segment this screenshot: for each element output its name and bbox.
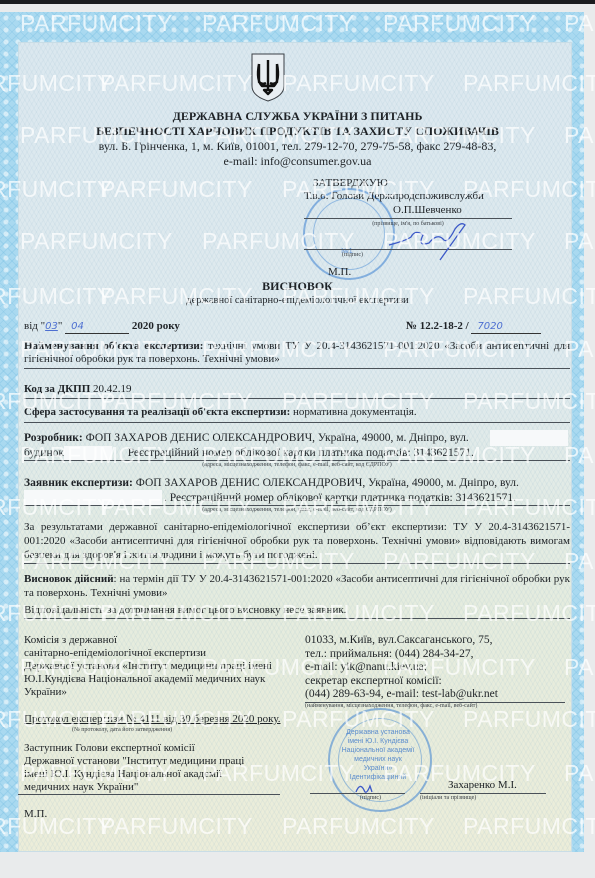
- date-year: 2020 року: [132, 320, 180, 332]
- signer-line: медичних наук України": [24, 781, 294, 794]
- approval-position: Т.в.о. Голови Держпродспоживслужби: [304, 190, 484, 203]
- scope-value: нормативна документація.: [293, 406, 417, 418]
- protocol-caption: (№ протоколу, дата його затвердження): [72, 727, 172, 734]
- contact-email: e-mail: yik@nanu.kiev.ua;: [305, 661, 570, 675]
- applicant-label: Заявник експертизи:: [24, 477, 133, 489]
- name-caption: (ініціали та прізвище): [420, 795, 476, 802]
- scope-label: Сфера застосування та реалізації об'єкта…: [24, 406, 290, 418]
- signature-icon: [352, 778, 392, 798]
- commission-line: Ю.І.Кундієва Національної академії медич…: [24, 673, 294, 686]
- agency-address: вул. Б. Грінченка, 1, м. Київ, 01001, те…: [0, 139, 595, 153]
- validity-field: Висновок дійсний: на термін дії ТУ У 20.…: [24, 572, 570, 600]
- object-field: Найменування об'єкта експертизи: технічн…: [24, 340, 570, 366]
- approval-title: ЗАТВЕРДЖУЮ: [313, 177, 388, 190]
- expertise-result: За результатами державної санітарно-епід…: [24, 520, 570, 562]
- stamp-line: Національної академії: [340, 746, 416, 755]
- scope-field: Сфера застосування та реалізації об'єкта…: [24, 406, 417, 419]
- date-prefix: від: [24, 320, 38, 332]
- object-label: Найменування об'єкта експертизи:: [24, 340, 203, 352]
- signer-title: Заступник Голови експертної комісії Держ…: [24, 742, 294, 794]
- validity-label: Висновок дійсний: [24, 573, 114, 585]
- stamp-line: імені Ю.І. Кундієва: [340, 737, 416, 746]
- document-title: ВИСНОВОК: [0, 279, 595, 293]
- code-field: Код за ДКПП 20.42.19: [24, 383, 132, 396]
- contact-address: 01033, м.Київ, вул.Саксаганського, 75,: [305, 634, 570, 648]
- contacts-caption: (найменування, місцезнаходження, телефон…: [305, 703, 477, 710]
- date-month: 04: [65, 320, 129, 334]
- commission-line: України»: [24, 686, 294, 699]
- number-prefix: № 12.2-18-2 /: [406, 320, 469, 332]
- redacted-area: [24, 490, 162, 505]
- approval-signature-caption: (підпис): [342, 252, 363, 259]
- developer-address: ФОП ЗАХАРОВ ДЕНИС ОЛЕКСАНДРОВИЧ, Україна…: [86, 432, 469, 444]
- redacted-area: [490, 430, 568, 446]
- institute-stamp-text: Державна установа імені Ю.І. Кундієва На…: [340, 728, 416, 782]
- agency-name-line2: БЕЗПЕЧНОСТІ ХАРЧОВИХ ПРОДУКТІВ ТА ЗАХИСТ…: [0, 124, 595, 138]
- commission-contacts: 01033, м.Київ, вул.Саксаганського, 75, т…: [305, 634, 570, 702]
- commission-name: Комісія з державної санітарно-епідеміоло…: [24, 634, 294, 699]
- commission-line: Державної установи «Інститут медицини пр…: [24, 660, 294, 673]
- code-value: 20.42.19: [93, 383, 132, 395]
- code-label: Код за ДКПП: [24, 383, 90, 395]
- commission-line: санітарно-епідеміологічної експертизи: [24, 647, 294, 660]
- signer-name: Захаренко М.І.: [448, 779, 517, 792]
- developer-building: будинок: [24, 447, 64, 459]
- date-line: від "03" 04 2020 року: [24, 320, 180, 334]
- applicant-field: Заявник експертизи: ФОП ЗАХАРОВ ДЕНИС ОЛ…: [24, 476, 570, 490]
- contact-secretary-phone: (044) 289-63-94, e-mail: test-lab@ukr.ne…: [305, 688, 570, 702]
- developer-field: Розробник: ФОП ЗАХАРОВ ДЕНИС ОЛЕКСАНДРОВ…: [24, 431, 570, 445]
- applicant-caption: (адреса, місцезнаходження, телефон, факс…: [24, 507, 570, 514]
- contact-secretary: секретар експертної комісії:: [305, 675, 570, 689]
- seal-label: М.П.: [24, 808, 47, 821]
- contact-phone: тел.: приймальня: (044) 284-34-27,: [305, 648, 570, 662]
- signature-icon: [385, 215, 475, 265]
- developer-tax-id: Реєстраційний номер облікової картки пла…: [128, 447, 474, 459]
- stamp-line: медичних наук України»: [340, 755, 416, 773]
- applicant-address: ФОП ЗАХАРОВ ДЕНИС ОЛЕКСАНДРОВИЧ, Україна…: [136, 477, 519, 489]
- agency-name-line1: ДЕРЖАВНА СЛУЖБА УКРАЇНИ З ПИТАНЬ: [0, 109, 595, 123]
- signer-line: імені Ю.І. Кундієва Національної академі…: [24, 768, 294, 781]
- signer-line: Заступник Голови експертної комісії: [24, 742, 294, 755]
- redacted-area: [64, 446, 112, 460]
- developer-label: Розробник:: [24, 432, 83, 444]
- applicant-tax-id: . Реєстраційний номер облікової картки п…: [164, 492, 516, 504]
- trident-coat-of-arms-icon: [250, 52, 286, 102]
- commission-line: Комісія з державної: [24, 634, 294, 647]
- developer-caption: (адреса, місцезнаходження, телефон, факс…: [24, 462, 570, 469]
- number-handwritten: 7020: [471, 320, 541, 334]
- responsibility-note: Відповідальність за дотримання вимог цьо…: [24, 604, 346, 617]
- protocol-line: Протокол експертизи № 4111 від 30 березн…: [24, 713, 280, 726]
- document-subtitle: державної санітарно-епідеміологічної екс…: [0, 294, 595, 307]
- scan-top-edge: [0, 0, 595, 4]
- stamp-line: Державна установа: [340, 728, 416, 737]
- signer-line: Державної установи "Інститут медицини пр…: [24, 755, 294, 768]
- approval-seal-label: М.П.: [328, 266, 351, 279]
- agency-email: e-mail: info@consumer.gov.ua: [0, 154, 595, 168]
- document-number: № 12.2-18-2 / 7020: [406, 320, 541, 334]
- date-day: 03: [45, 321, 58, 332]
